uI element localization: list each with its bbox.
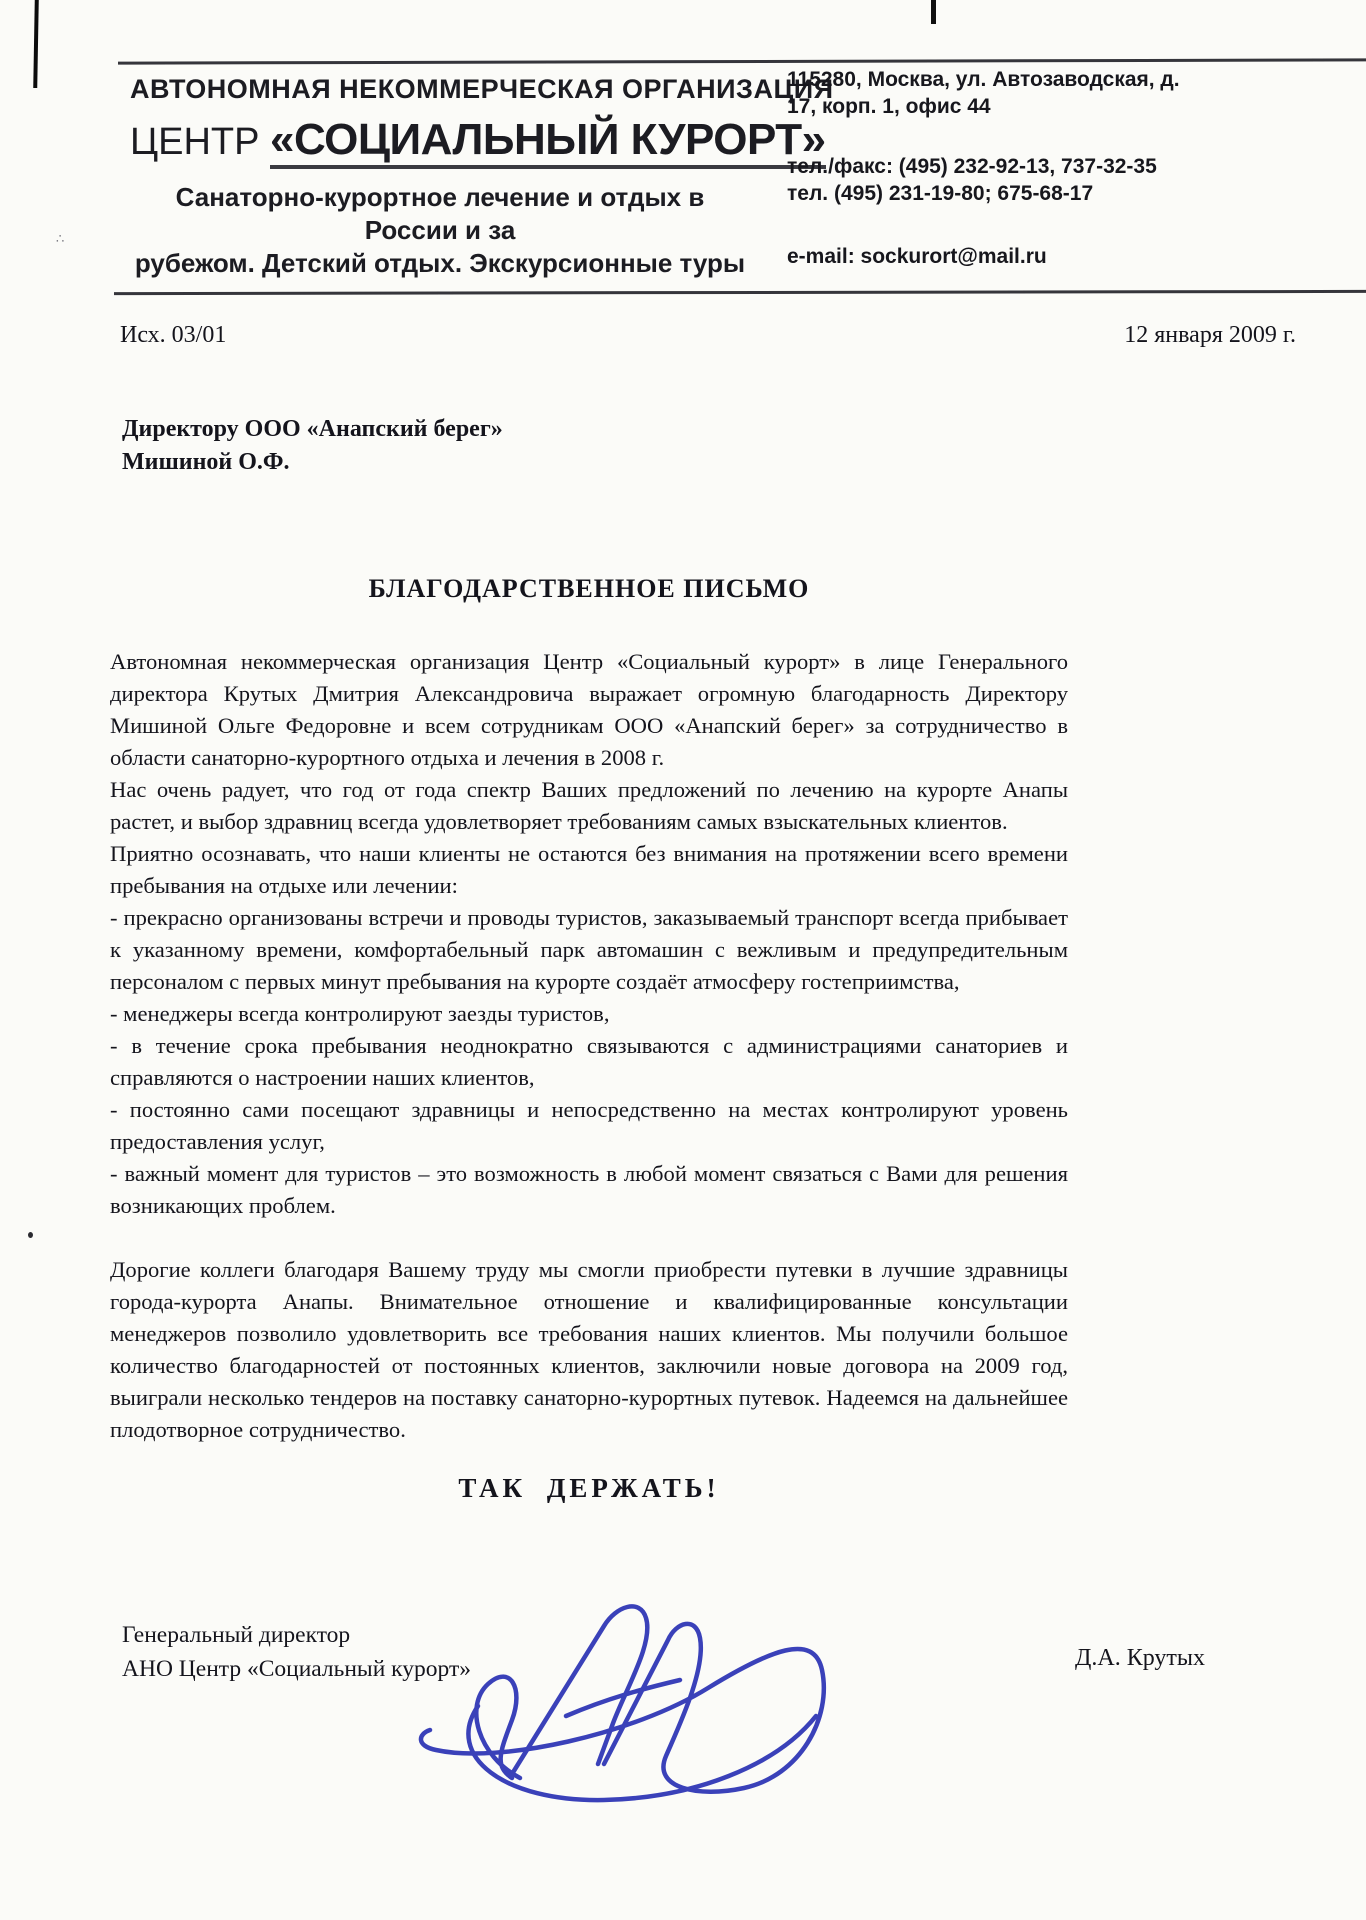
letterhead-left-block: АВТОНОМНАЯ НЕКОММЕРЧЕСКАЯ ОРГАНИЗАЦИЯ ЦЕ… bbox=[130, 74, 750, 280]
postal-address: 115280, Москва, ул. Автозаводская, д. 17… bbox=[787, 66, 1362, 120]
letterhead-bottom-rule bbox=[114, 290, 1366, 295]
phone-numbers: тел./факс: (495) 232-92-13, 737-32-35 те… bbox=[787, 153, 1362, 207]
paragraph-gratitude: Автономная некоммерческая организация Це… bbox=[110, 646, 1068, 774]
letterhead-contact-block: 115280, Москва, ул. Автозаводская, д. 17… bbox=[787, 66, 1362, 270]
outgoing-ref-number: Исх. 03/01 bbox=[120, 322, 226, 349]
phone-fax-line: тел./факс: (495) 232-92-13, 737-32-35 bbox=[787, 153, 1362, 180]
scan-artifact-dot bbox=[28, 1232, 33, 1238]
bullet-item: - прекрасно организованы встречи и прово… bbox=[110, 902, 1068, 998]
organization-tagline: Санаторно-курортное лечение и отдых в Ро… bbox=[130, 181, 750, 280]
tagline-line-2: рубежом. Детский отдых. Экскурсионные ту… bbox=[130, 247, 750, 280]
paragraph-offers-growth: Нас очень радует, что год от года спектр… bbox=[110, 774, 1068, 838]
addressee-block: Директору ООО «Анапский берег» Мишиной О… bbox=[122, 413, 503, 479]
paragraph-colleagues-thanks: Дорогие коллеги благодаря Вашему труду м… bbox=[110, 1254, 1068, 1446]
bullet-item: - в течение срока пребывания неоднократн… bbox=[110, 1030, 1068, 1094]
organization-name-line: ЦЕНТР «СОЦИАЛЬНЫЙ КУРОРТ» bbox=[130, 115, 750, 165]
bullet-item: - важный момент для туристов – это возмо… bbox=[110, 1158, 1068, 1222]
scan-artifact-top-dash bbox=[931, 0, 936, 24]
org-name-prefix: ЦЕНТР bbox=[130, 121, 270, 163]
addressee-name: Мишиной О.Ф. bbox=[122, 446, 503, 479]
handwritten-signature-ink bbox=[408, 1588, 858, 1818]
letterhead-top-rule bbox=[118, 58, 1366, 64]
letter-title: БЛАГОДАРСТВЕННОЕ ПИСЬМО bbox=[110, 574, 1068, 604]
scan-artifact-edge-line bbox=[33, 0, 39, 88]
address-line-1: 115280, Москва, ул. Автозаводская, д. bbox=[787, 66, 1362, 93]
slogan-line: ТАК ДЕРЖАТЬ! bbox=[110, 1472, 1068, 1504]
letter-date: 12 января 2009 г. bbox=[1124, 322, 1296, 349]
letter-body: Автономная некоммерческая организация Це… bbox=[110, 646, 1068, 1504]
tagline-line-1: Санаторно-курортное лечение и отдых в Ро… bbox=[130, 181, 750, 247]
scan-artifact-pencil-mark: ∴ bbox=[56, 232, 64, 247]
bullet-item: - постоянно сами посещают здравницы и не… bbox=[110, 1094, 1068, 1158]
phone-line: тел. (495) 231-19-80; 675-68-17 bbox=[787, 180, 1362, 207]
signatory-name: Д.А. Крутых bbox=[1075, 1645, 1205, 1672]
org-name-brand: «СОЦИАЛЬНЫЙ КУРОРТ» bbox=[270, 115, 826, 169]
paragraph-clients-care-intro: Приятно осознавать, что наши клиенты не … bbox=[110, 838, 1068, 902]
organization-type-line: АВТОНОМНАЯ НЕКОММЕРЧЕСКАЯ ОРГАНИЗАЦИЯ bbox=[130, 74, 750, 105]
bullet-item: - менеджеры всегда контролируют заезды т… bbox=[110, 998, 1068, 1030]
addressee-position: Директору ООО «Анапский берег» bbox=[122, 413, 503, 446]
address-line-2: 17, корп. 1, офис 44 bbox=[787, 93, 1362, 120]
scanned-letter-page: ∴ АВТОНОМНАЯ НЕКОММЕРЧЕСКАЯ ОРГАНИЗАЦИЯ … bbox=[0, 0, 1366, 1920]
email-line: e-mail: sockurort@mail.ru bbox=[787, 243, 1362, 270]
